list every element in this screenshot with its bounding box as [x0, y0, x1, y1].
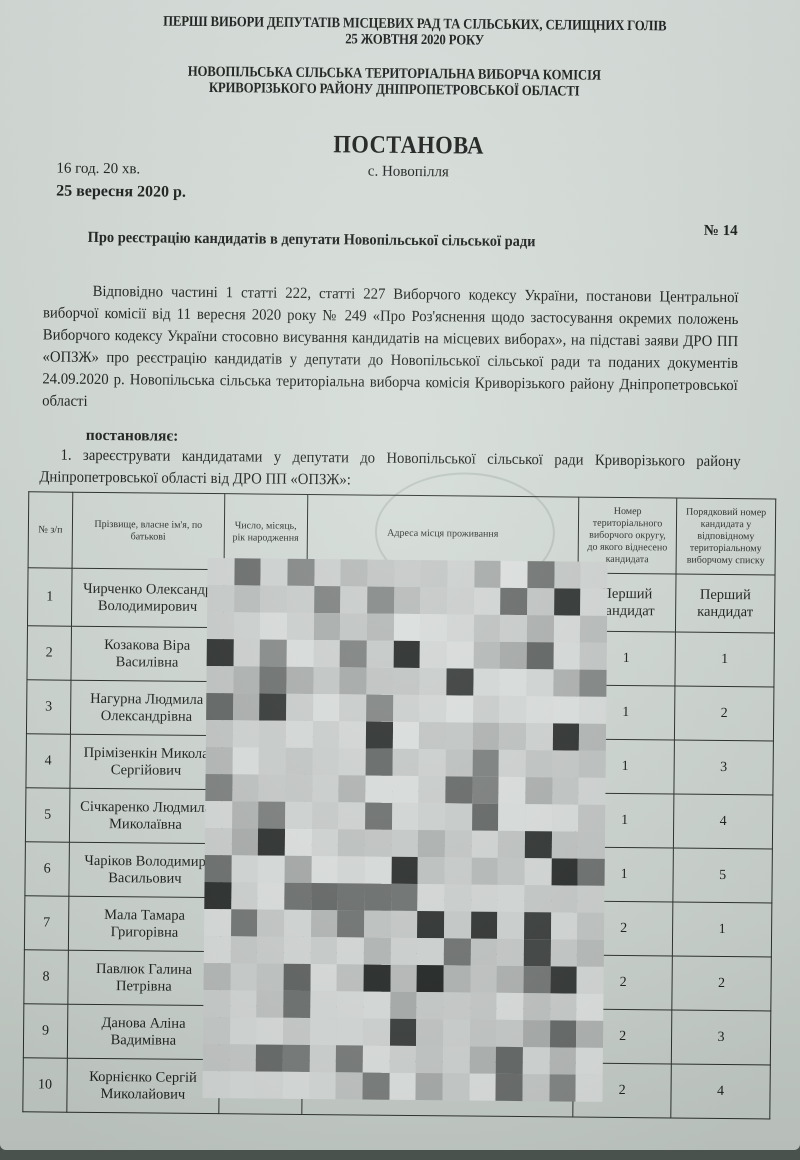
- cell-dob-redacted: [220, 952, 303, 1007]
- cell-order: 3: [671, 1010, 770, 1065]
- cell-dob-redacted: [220, 898, 303, 953]
- resolution-item-1: 1. зареєструвати кандидатами у депутати …: [39, 444, 740, 495]
- table-header-row: № з/п Прізвище, власне ім'я, по батькові…: [28, 492, 776, 575]
- preamble-text: Відповідно частині 1 статті 222, статті …: [42, 280, 739, 419]
- table-row: 3Нагурна Людмила Олександрівна12: [26, 680, 773, 741]
- table-row: 5Січкаренко Людмила Миколаївна14: [25, 788, 772, 849]
- cell-address-redacted: [302, 1006, 574, 1063]
- cell-no: 10: [23, 1058, 67, 1112]
- cell-no: 1: [27, 568, 71, 626]
- cell-address-redacted: [306, 570, 578, 631]
- cell-address-redacted: [305, 736, 577, 793]
- cell-order: 2: [672, 956, 771, 1011]
- cell-dob-redacted: [221, 844, 304, 899]
- cell-address-redacted: [303, 898, 575, 955]
- table-row: 4Прімізенкін Микола Сергійович13: [26, 734, 773, 795]
- header-name: Прізвище, власне ім'я, по батькові: [72, 492, 225, 569]
- cell-district: Перший кандидат: [578, 573, 676, 632]
- cell-order: 3: [674, 740, 773, 795]
- document-place: с. Новопілля: [328, 163, 488, 182]
- cell-address-redacted: [303, 952, 575, 1009]
- cell-name: Чирченко Олександр Володимирович: [71, 568, 223, 627]
- cell-order: 5: [673, 848, 772, 903]
- cell-district: 1: [577, 631, 675, 686]
- table-row: 2Козакова Віра Василівна11: [27, 626, 774, 687]
- cell-address-redacted: [302, 1060, 574, 1117]
- cell-name: Козакова Віра Василівна: [71, 626, 223, 681]
- election-header: ПЕРШІ ВИБОРИ ДЕПУТАТІВ МІСЦЕВИХ РАД ТА С…: [129, 13, 701, 50]
- cell-no: 2: [27, 626, 71, 680]
- cell-name: Прімізенкін Микола Сергійович: [70, 734, 222, 789]
- cell-district: 1: [575, 847, 673, 902]
- cell-name: Павлюк Галина Петрівна: [68, 950, 220, 1005]
- document-time: 16 год. 20 хв.: [56, 161, 140, 179]
- cell-name: Корнієнко Сергій Миколайович: [67, 1058, 219, 1113]
- cell-dob-redacted: [222, 682, 305, 737]
- header-order: Порядковий номер кандидата у відповідном…: [676, 498, 776, 575]
- cell-order: Перший кандидат: [675, 574, 775, 633]
- commission-header: НОВОПІЛЬСЬКА СІЛЬСЬКА ТЕРИТОРІАЛЬНА ВИБО…: [108, 63, 680, 100]
- header-no: № з/п: [28, 492, 73, 568]
- cell-district: 2: [574, 901, 672, 956]
- cell-order: 2: [674, 686, 773, 741]
- cell-no: 7: [24, 896, 68, 950]
- cell-no: 8: [24, 950, 68, 1004]
- cell-district: 2: [574, 955, 672, 1010]
- header-address: Адреса місця проживання: [307, 494, 579, 573]
- cell-address-redacted: [306, 628, 578, 685]
- resolution-item-1-text: 1. зареєструвати кандидатами у депутати …: [39, 444, 740, 495]
- cell-name: Данова Аліна Вадимівна: [67, 1004, 219, 1059]
- cell-dob-redacted: [223, 570, 306, 629]
- preamble-paragraph: Відповідно частині 1 статті 222, статті …: [42, 280, 739, 419]
- cell-no: 3: [26, 680, 70, 734]
- resolves-label: постановляє:: [86, 427, 179, 446]
- table-row: 8Павлюк Галина Петрівна22: [24, 950, 771, 1011]
- cell-no: 4: [26, 734, 70, 788]
- document-date: 25 вересня 2020 р.: [56, 183, 186, 202]
- document-page: ПЕРШІ ВИБОРИ ДЕПУТАТІВ МІСЦЕВИХ РАД ТА С…: [0, 0, 800, 1150]
- cell-order: 1: [672, 902, 771, 957]
- table-row: 6Чаріков Володимир Васильович15: [25, 842, 772, 903]
- cell-name: Чаріков Володимир Васильович: [69, 842, 221, 897]
- cell-district: 1: [576, 739, 674, 794]
- candidates-table: № з/п Прізвище, власне ім'я, по батькові…: [22, 491, 776, 1119]
- table-row: 7Мала Тамара Григорівна21: [24, 896, 771, 957]
- document-title: ПОСТАНОВА: [219, 130, 597, 162]
- header-district: Номер територіального виборчого округу, …: [578, 497, 677, 574]
- document-subject: Про реєстрацію кандидатів в депутати Нов…: [88, 229, 609, 252]
- table-row: 1Чирченко Олександр ВолодимировичПерший …: [27, 568, 775, 633]
- cell-district: 1: [577, 685, 675, 740]
- cell-name: Нагурна Людмила Олександрівна: [70, 680, 222, 735]
- cell-dob-redacted: [222, 736, 305, 791]
- cell-dob-redacted: [221, 790, 304, 845]
- cell-dob-redacted: [219, 1060, 302, 1115]
- cell-order: 4: [671, 1064, 770, 1119]
- cell-name: Січкаренко Людмила Миколаївна: [69, 788, 221, 843]
- cell-no: 6: [25, 842, 69, 896]
- cell-district: 2: [573, 1063, 671, 1118]
- cell-district: 2: [573, 1009, 671, 1064]
- table-row: 9Данова Аліна Вадимівна23: [23, 1004, 770, 1065]
- table-row: 10Корнієнко Сергій Миколайович24: [23, 1058, 770, 1119]
- cell-address-redacted: [304, 844, 576, 901]
- cell-district: 1: [575, 793, 673, 848]
- cell-no: 5: [25, 788, 69, 842]
- cell-order: 1: [675, 632, 774, 687]
- document-number: № 14: [704, 223, 738, 240]
- cell-dob-redacted: [219, 1006, 302, 1061]
- cell-order: 4: [673, 794, 772, 849]
- cell-dob-redacted: [223, 628, 306, 683]
- cell-name: Мала Тамара Григорівна: [68, 896, 220, 951]
- cell-address-redacted: [304, 790, 576, 847]
- cell-address-redacted: [305, 682, 577, 739]
- document-content: ПЕРШІ ВИБОРИ ДЕПУТАТІВ МІСЦЕВИХ РАД ТА С…: [0, 0, 800, 8]
- header-dob: Число, місяць, рік народження: [224, 494, 308, 571]
- cell-no: 9: [23, 1004, 67, 1058]
